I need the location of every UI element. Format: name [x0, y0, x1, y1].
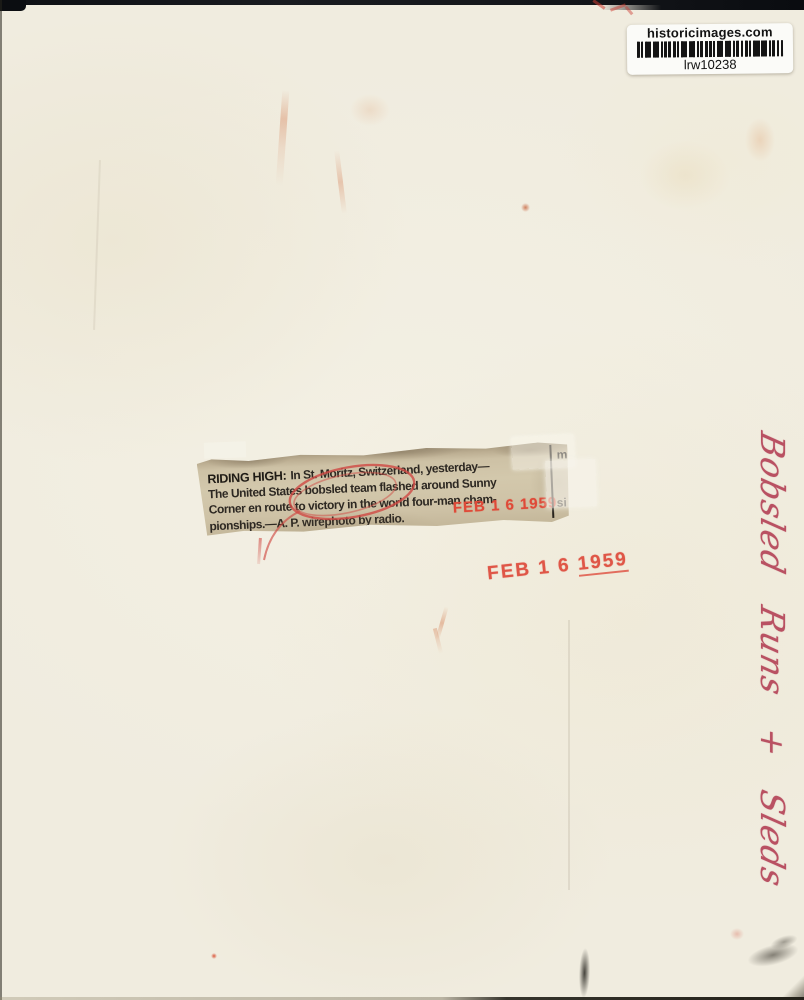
- date-stamp: FEB 1 6 1959: [486, 549, 629, 586]
- barcode-website: historicimages.com: [627, 25, 793, 41]
- clipping-headline: RIDING HIGH:: [207, 469, 287, 487]
- crease-line: [568, 620, 570, 890]
- crease-line: [93, 160, 101, 330]
- stain-mark: [730, 928, 744, 940]
- ink-smudge: [578, 948, 591, 998]
- date-stamp-text: FEB 1 6: [486, 554, 579, 584]
- column-fragment-top: m: [556, 447, 567, 461]
- scan-edge-top-right: [600, 0, 804, 10]
- stain-mark: [276, 90, 290, 186]
- stain-mark: [350, 94, 390, 126]
- stain-mark: [640, 140, 730, 210]
- pencil-scuff: [745, 939, 800, 971]
- red-pencil-tail: [257, 538, 262, 564]
- stain-mark: [435, 606, 448, 640]
- scan-edge-top-left: [0, 0, 26, 11]
- scan-edge-left: [0, 0, 2, 1000]
- clipping-caption: RIDING HIGH:In St. Moritz, Switzerland, …: [207, 456, 545, 534]
- barcode-label: historicimages.com lrw10238: [627, 23, 794, 75]
- photo-back-scan: historicimages.com lrw10238 RIDING HIGH:…: [0, 0, 804, 1000]
- stain-mark: [433, 628, 443, 654]
- date-stamp-year: 1959: [577, 549, 629, 577]
- pencil-scuff: [769, 932, 799, 952]
- column-fragment-bottom: si: [556, 495, 567, 509]
- stain-mark: [745, 118, 775, 162]
- stain-mark: [521, 203, 530, 212]
- stain-mark: [211, 953, 217, 959]
- news-clipping: RIDING HIGH:In St. Moritz, Switzerland, …: [196, 441, 570, 536]
- handwritten-note: Bobsled Runs + Sleds: [753, 428, 792, 891]
- barcode-code: lrw10238: [627, 57, 793, 73]
- tape-remnant: [204, 441, 247, 458]
- stain-mark: [334, 150, 347, 214]
- barcode-icon: [637, 40, 783, 58]
